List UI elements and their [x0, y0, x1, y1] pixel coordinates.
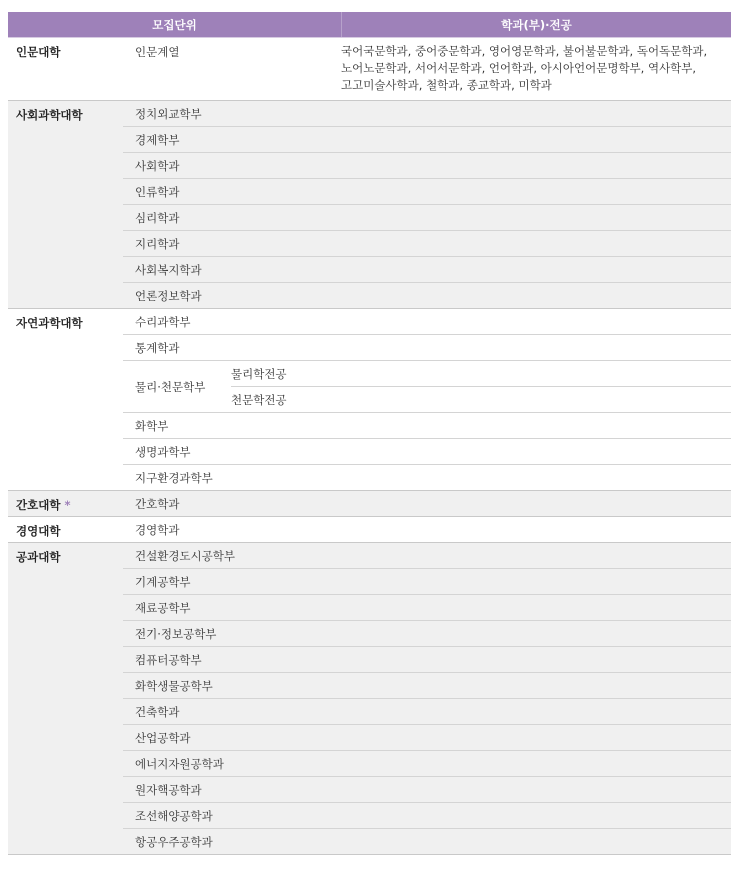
college-name: 경영대학	[8, 517, 123, 542]
unit-name: 통계학과	[123, 340, 179, 356]
major-name: 물리학전공	[231, 361, 731, 386]
table-row: 인류학과	[123, 178, 731, 204]
college-name: 사회과학대학	[8, 101, 123, 308]
unit-name: 화학생물공학부	[123, 678, 213, 694]
unit-name: 컴퓨터공학부	[123, 652, 202, 668]
table-row: 에너지자원공학과	[123, 750, 731, 776]
department-line: 노어노문학과, 서어서문학과, 언어학과, 아시아언어문명학부, 역사학부,	[341, 60, 725, 77]
unit-name: 지리학과	[123, 236, 179, 252]
table-row: 항공우주공학과	[123, 828, 731, 854]
asterisk-icon: *	[64, 498, 70, 512]
unit-name: 인류학과	[123, 184, 179, 200]
table-row: 경제학부	[123, 126, 731, 152]
department-line: 고고미술사학과, 철학과, 종교학과, 미학과	[341, 77, 725, 94]
table-row: 정치외교학부	[123, 101, 731, 126]
unit-name: 건축학과	[123, 704, 179, 720]
unit-name: 건설환경도시공학부	[123, 548, 235, 564]
unit-name: 사회복지학과	[123, 262, 202, 278]
unit-name: 산업공학과	[123, 730, 191, 746]
group-nursing: 간호대학* 간호학과	[8, 491, 731, 517]
unit-name: 경영학과	[123, 522, 179, 538]
table-row: 화학부	[123, 412, 731, 438]
table-row: 전기·정보공학부	[123, 620, 731, 646]
department-list: 국어국문학과, 중어중문학과, 영어영문학과, 불어불문학과, 독어독문학과, …	[341, 38, 731, 100]
table-row: 기계공학부	[123, 568, 731, 594]
college-name: 간호대학*	[8, 491, 123, 516]
unit-name: 언론정보학과	[123, 288, 202, 304]
unit-name: 조선해양공학과	[123, 808, 213, 824]
header-department-major: 학과(부)·전공	[342, 12, 731, 37]
unit-name: 정치외교학부	[123, 106, 202, 122]
unit-name: 항공우주공학과	[123, 834, 213, 850]
unit-name: 생명과학부	[123, 444, 191, 460]
table-row: 재료공학부	[123, 594, 731, 620]
table-row: 생명과학부	[123, 438, 731, 464]
department-line: 국어국문학과, 중어중문학과, 영어영문학과, 불어불문학과, 독어독문학과,	[341, 43, 725, 60]
unit-name: 인문계열	[123, 38, 341, 100]
unit-name: 재료공학부	[123, 600, 191, 616]
unit-name: 간호학과	[123, 496, 179, 512]
unit-name: 원자핵공학과	[123, 782, 202, 798]
table-row: 건축학과	[123, 698, 731, 724]
table-row: 건설환경도시공학부	[123, 543, 731, 568]
group-natural-sciences: 자연과학대학 수리과학부 통계학과 물리·천문학부 물리학전공 천문학전공 화학…	[8, 309, 731, 491]
table-row: 사회복지학과	[123, 256, 731, 282]
college-name: 인문대학	[8, 38, 123, 100]
table-row: 화학생물공학부	[123, 672, 731, 698]
unit-name: 물리·천문학부	[123, 361, 231, 412]
unit-name: 경제학부	[123, 132, 179, 148]
table-row: 수리과학부	[123, 309, 731, 334]
table-row: 통계학과	[123, 334, 731, 360]
unit-name: 지구환경과학부	[123, 470, 213, 486]
unit-name: 사회학과	[123, 158, 179, 174]
table-header: 모집단위 학과(부)·전공	[8, 12, 731, 38]
college-name: 공과대학	[8, 543, 123, 854]
unit-name: 화학부	[123, 418, 168, 434]
header-recruitment-unit: 모집단위	[8, 12, 342, 37]
table-row: 언론정보학과	[123, 282, 731, 308]
admission-units-table: 모집단위 학과(부)·전공 인문대학 인문계열 국어국문학과, 중어중문학과, …	[8, 12, 731, 855]
college-label: 간호대학	[16, 498, 60, 512]
table-row: 경영학과	[123, 517, 731, 542]
table-row: 지리학과	[123, 230, 731, 256]
table-row: 지구환경과학부	[123, 464, 731, 490]
unit-name: 에너지자원공학과	[123, 756, 224, 772]
table-row-multi-major: 물리·천문학부 물리학전공 천문학전공	[123, 360, 731, 412]
unit-name: 수리과학부	[123, 314, 191, 330]
unit-name: 심리학과	[123, 210, 179, 226]
group-humanities: 인문대학 인문계열 국어국문학과, 중어중문학과, 영어영문학과, 불어불문학과…	[8, 38, 731, 101]
group-business: 경영대학 경영학과	[8, 517, 731, 543]
college-name: 자연과학대학	[8, 309, 123, 490]
major-name: 천문학전공	[231, 386, 731, 412]
unit-name: 전기·정보공학부	[123, 626, 216, 642]
table-row: 컴퓨터공학부	[123, 646, 731, 672]
unit-name: 기계공학부	[123, 574, 191, 590]
table-row: 사회학과	[123, 152, 731, 178]
table-row: 원자핵공학과	[123, 776, 731, 802]
table-row: 심리학과	[123, 204, 731, 230]
table-row: 산업공학과	[123, 724, 731, 750]
group-social-sciences: 사회과학대학 정치외교학부 경제학부 사회학과 인류학과 심리학과 지리학과 사…	[8, 101, 731, 309]
group-engineering: 공과대학 건설환경도시공학부 기계공학부 재료공학부 전기·정보공학부 컴퓨터공…	[8, 543, 731, 855]
table-row: 간호학과	[123, 491, 731, 516]
table-row: 조선해양공학과	[123, 802, 731, 828]
